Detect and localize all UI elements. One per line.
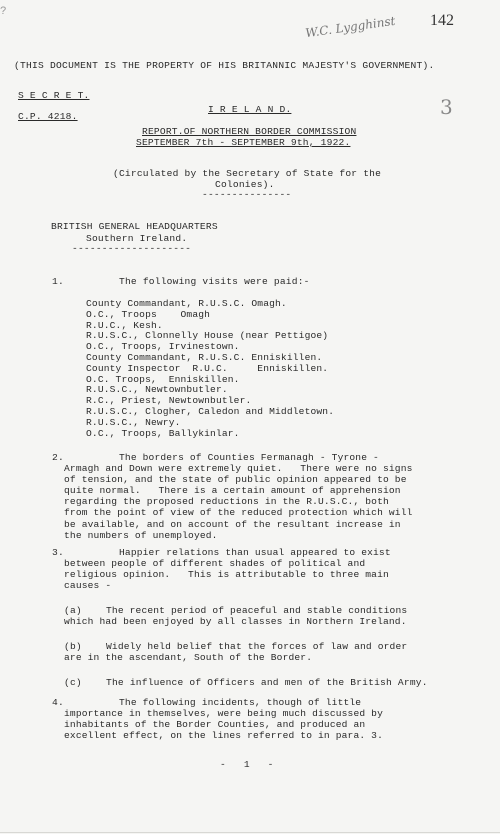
visits-list: County Commandant, R.U.S.C. Omagh. O.C.,… <box>86 299 334 439</box>
text-line: between people of different shades of po… <box>64 558 391 569</box>
text-line: from the point of view of the reduced pr… <box>64 507 413 518</box>
country-heading: I R E L A N D. <box>208 104 291 115</box>
list-item: R.U.S.C., Newry. <box>86 418 334 429</box>
text-line: inhabitants of the Border Counties, and … <box>64 719 383 730</box>
list-item: O.C., Troops, Ballykinlar. <box>86 429 334 440</box>
text-line: The recent period of peaceful and stable… <box>64 605 407 616</box>
text-line: quite normal. There is a certain amount … <box>64 485 413 496</box>
text-line: excellent effect, on the lines referred … <box>64 730 383 741</box>
para-4-number: 4. <box>52 697 64 708</box>
para-2-number: 2. <box>52 452 64 463</box>
origin-separator: -------------------- <box>72 243 191 254</box>
page-number: 142 <box>430 12 454 30</box>
text-line: be available, and on account of the resu… <box>64 519 413 530</box>
cause-c-text: The influence of Officers and men of the… <box>106 677 428 688</box>
text-line: are in the ascendant, South of the Borde… <box>64 652 407 663</box>
property-notice: (THIS DOCUMENT IS THE PROPERTY OF HIS BR… <box>14 60 435 71</box>
edge-mark: ? <box>0 6 7 18</box>
para-2-text: The borders of Counties Fermanagh - Tyro… <box>64 452 413 541</box>
classification: S E C R E T. <box>18 90 90 101</box>
cause-b-text: Widely held belief that the forces of la… <box>64 641 407 663</box>
report-title-line2: SEPTEMBER 7th - SEPTEMBER 9th, 1922. <box>136 137 350 148</box>
text-line: of tension, and the state of public opin… <box>64 474 413 485</box>
text-line: causes - <box>64 580 391 591</box>
text-line: religious opinion. This is attributable … <box>64 569 391 580</box>
page-marker: - 1 - <box>220 759 274 770</box>
list-item: O.C., Troops Omagh <box>86 310 334 321</box>
report-title-line1: REPORT.OF NORTHERN BORDER COMMISSION <box>142 126 356 137</box>
document-page: ? W.C. Lygghinst 142 3 (THIS DOCUMENT IS… <box>0 0 500 834</box>
text-line: Widely held belief that the forces of la… <box>64 641 407 652</box>
text-line: The borders of Counties Fermanagh - Tyro… <box>64 452 413 463</box>
para-3-text: Happier relations than usual appeared to… <box>64 547 391 591</box>
circulation-line1: (Circulated by the Secretary of State fo… <box>113 168 381 179</box>
page-edge <box>0 832 500 833</box>
text-line: which had been enjoyed by all classes in… <box>64 616 407 627</box>
text-line: The following incidents, though of littl… <box>64 697 383 708</box>
text-line: the numbers of unemployed. <box>64 530 413 541</box>
list-item: County Inspector R.U.C. Enniskillen. <box>86 364 334 375</box>
cause-c-label: (c) <box>64 677 82 688</box>
handwritten-signature: W.C. Lygghinst <box>304 14 396 40</box>
para-1-number: 1. <box>52 276 64 287</box>
text-line: importance in themselves, were being muc… <box>64 708 383 719</box>
cp-number: C.P. 4218. <box>18 111 78 122</box>
para-4-text: The following incidents, though of littl… <box>64 697 383 741</box>
text-line: Happier relations than usual appeared to… <box>64 547 391 558</box>
text-line: Armagh and Down were extremely quiet. Th… <box>64 463 413 474</box>
text-line: regarding the proposed reductions in the… <box>64 496 413 507</box>
para-3-number: 3. <box>52 547 64 558</box>
separator: --------------- <box>202 189 291 200</box>
origin-line1: BRITISH GENERAL HEADQUARTERS <box>51 221 218 232</box>
para-1-intro: The following visits were paid:- <box>119 276 310 287</box>
cause-a-text: The recent period of peaceful and stable… <box>64 605 407 627</box>
pencil-mark: 3 <box>440 95 453 119</box>
